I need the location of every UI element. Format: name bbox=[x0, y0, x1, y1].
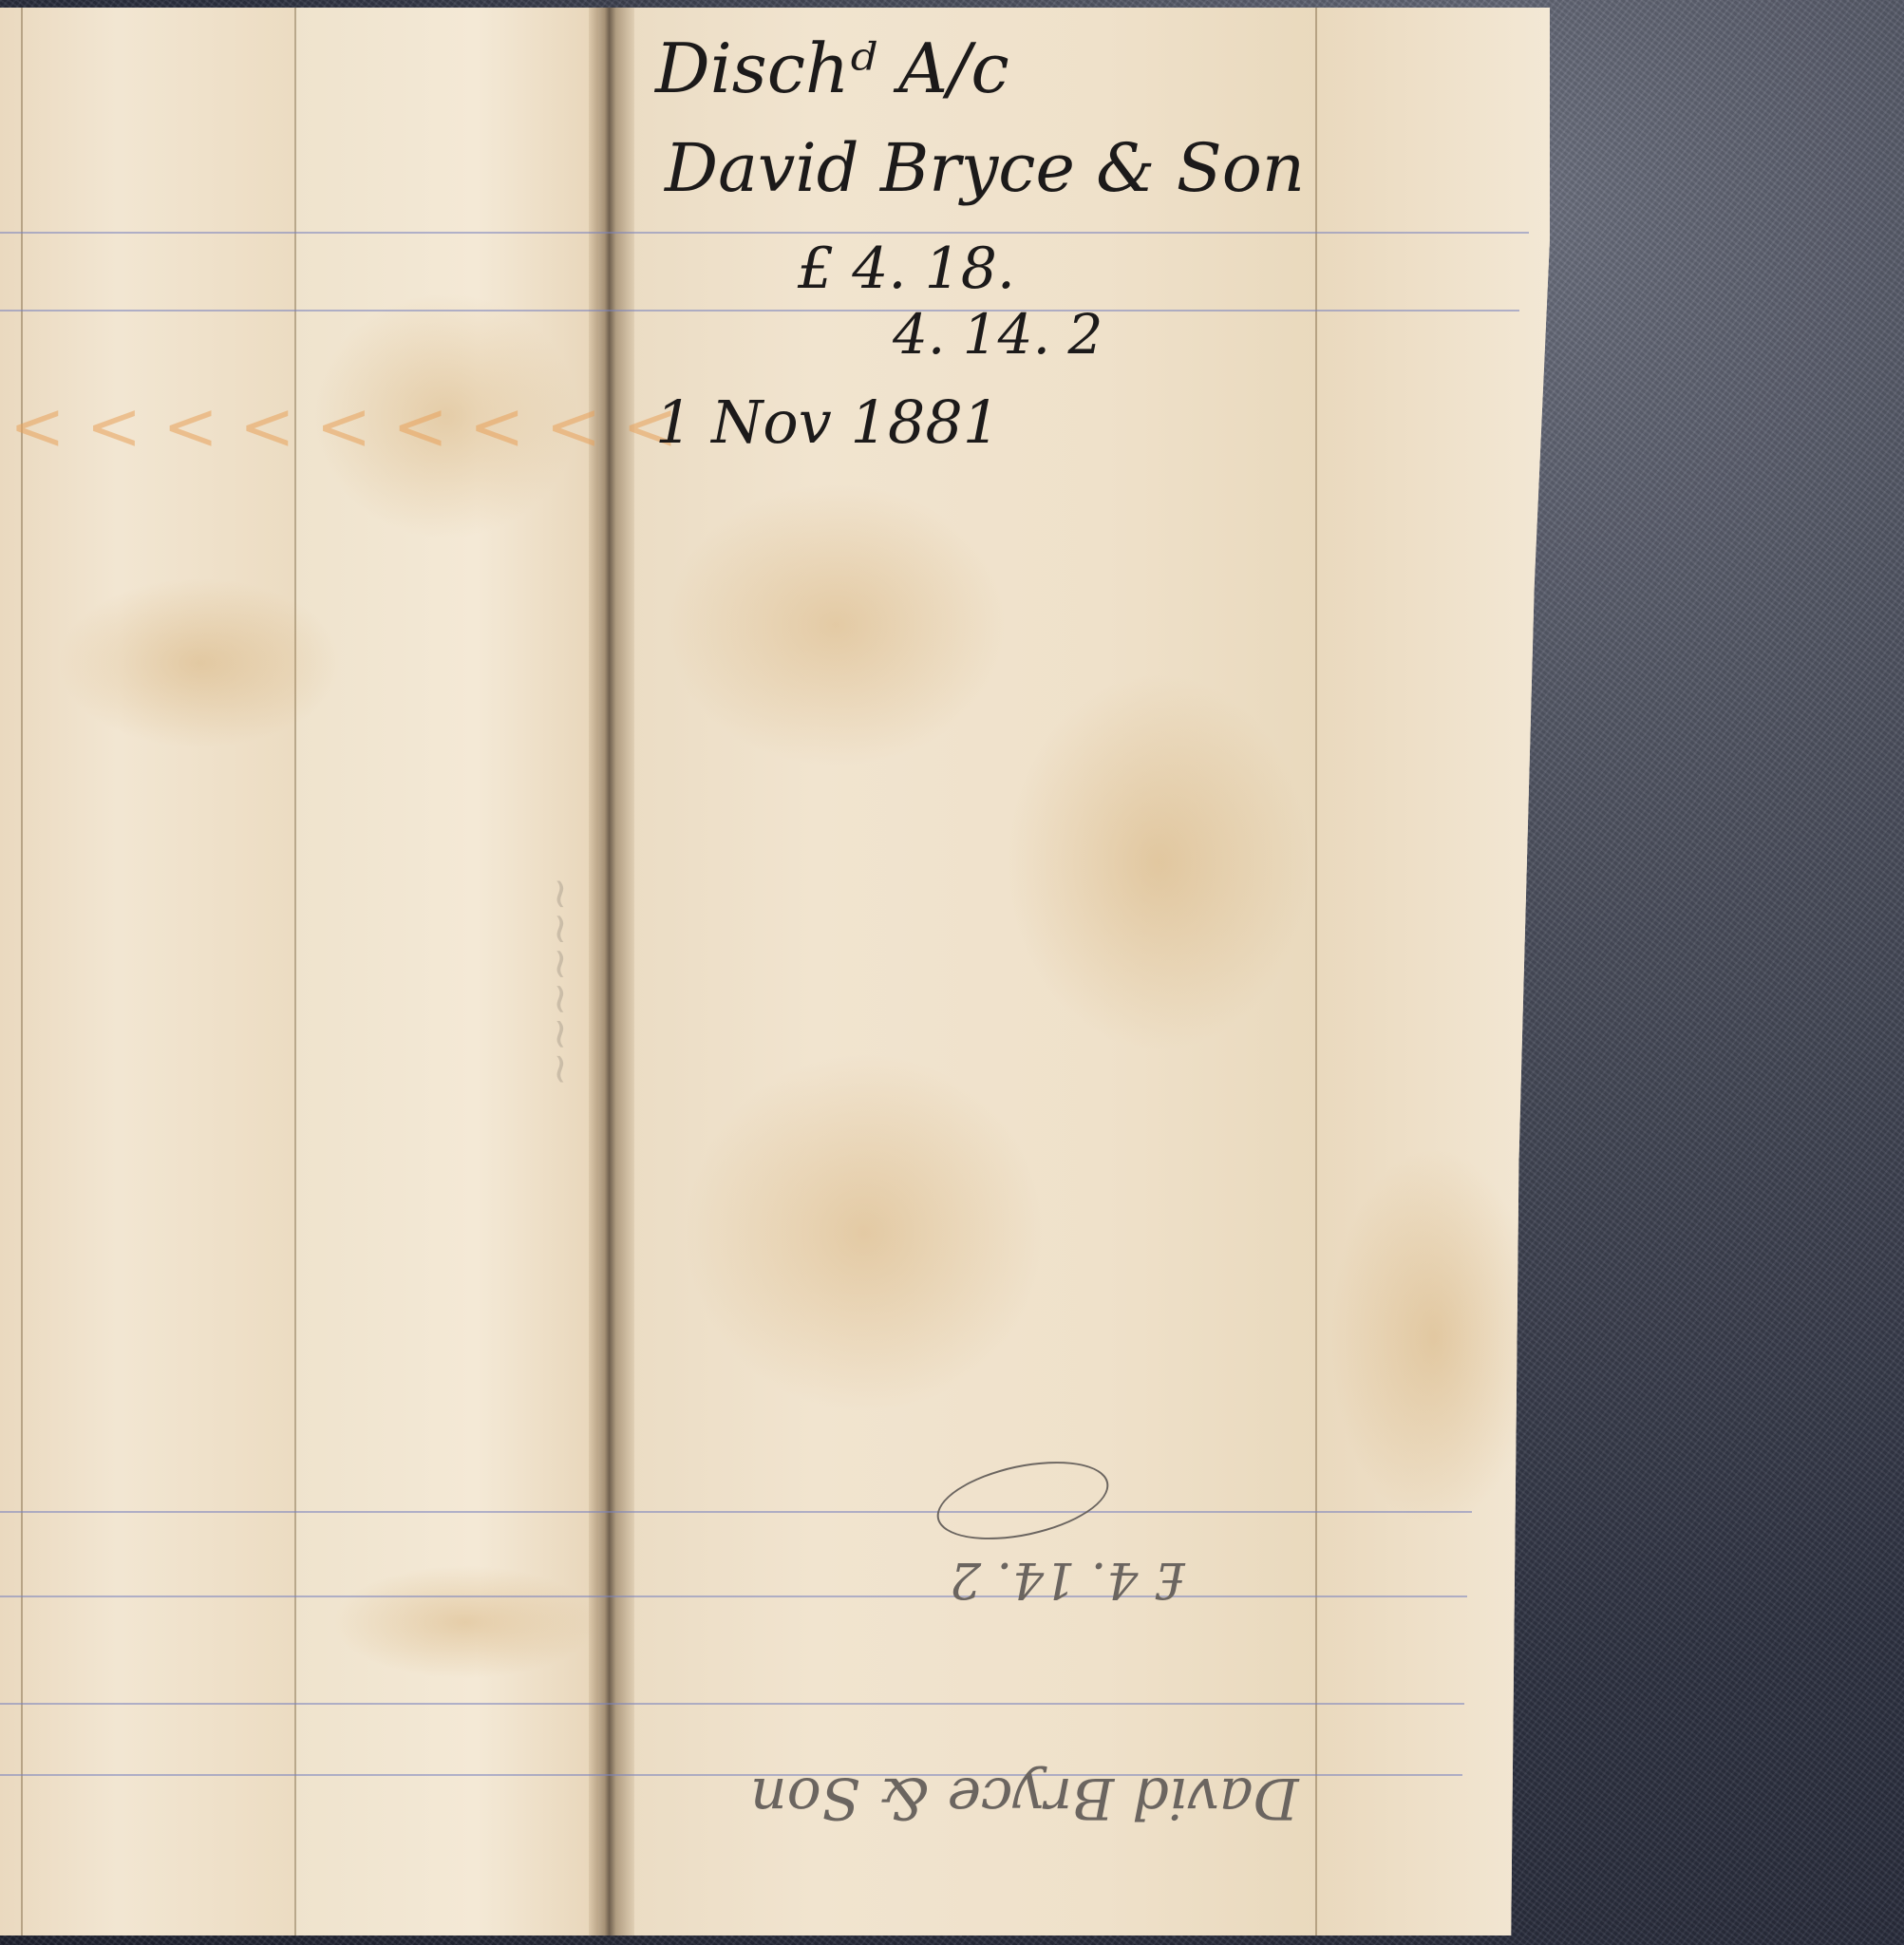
docket-amount-2: 4. 14. 2 bbox=[893, 302, 1103, 367]
document-paper: <<<<<<<<< ~~~~~~ Dischᵈ A/c David Bryce … bbox=[0, 8, 1550, 1936]
stain bbox=[57, 577, 342, 748]
inverted-signature: David Bryce & Son bbox=[750, 1765, 1299, 1831]
ruled-line bbox=[0, 1511, 1472, 1513]
ruled-line bbox=[0, 310, 1519, 312]
docket-line-firm: David Bryce & Son bbox=[665, 129, 1305, 207]
docket-line-discharge: Dischᵈ A/c bbox=[655, 28, 1009, 108]
bleed-through-marks: <<<<<<<<< bbox=[9, 387, 699, 465]
docket-amount-1: £ 4. 18. bbox=[798, 236, 1015, 302]
stain bbox=[665, 482, 1007, 767]
fold-line bbox=[1315, 8, 1317, 1936]
fold-line bbox=[21, 8, 23, 1936]
stain bbox=[684, 1052, 1045, 1413]
stain bbox=[1007, 672, 1310, 1052]
bleed-through-text: ~~~~~~ bbox=[537, 877, 585, 1086]
stain bbox=[1329, 1147, 1538, 1527]
inverted-amount: £ 4. 14. 2 bbox=[950, 1551, 1185, 1608]
fold-line bbox=[294, 8, 296, 1936]
docket-date: 1 Nov 1881 bbox=[655, 387, 1000, 457]
center-fold-spine bbox=[589, 8, 634, 1936]
stain bbox=[332, 1565, 598, 1679]
paper-panel-left bbox=[0, 8, 294, 1936]
ruled-line bbox=[0, 1703, 1464, 1705]
ruled-line bbox=[0, 1596, 1467, 1597]
ruled-line bbox=[0, 232, 1529, 234]
